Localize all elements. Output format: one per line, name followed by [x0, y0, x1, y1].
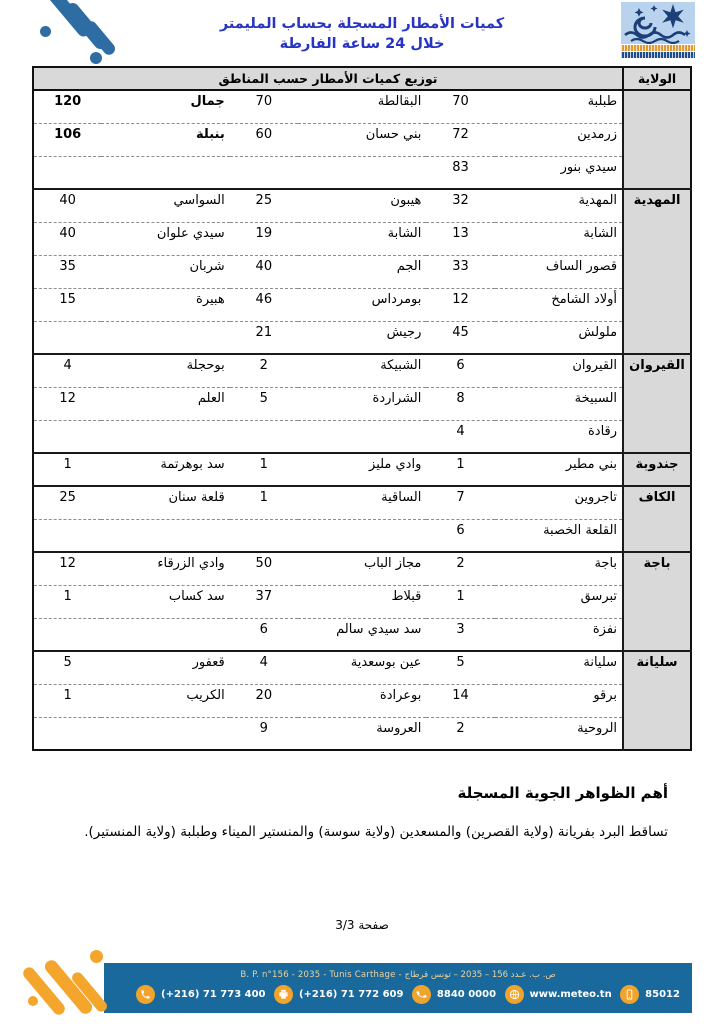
rainfall-value-cell: 12	[33, 552, 101, 585]
phenomena-text: تساقط البرد بفريانة (ولاية القصرين) والم…	[56, 822, 668, 843]
table-row: زرمدين72بني حسان60بنبلة106	[33, 123, 691, 156]
rainfall-value-cell: 21	[230, 321, 298, 354]
station-name-cell: زرمدين	[495, 123, 623, 156]
table-row: الروحية2العروسة9	[33, 717, 691, 750]
rainfall-value-cell: 70	[426, 90, 494, 123]
station-name-cell: رقادة	[495, 420, 623, 453]
station-name-cell: الكريب	[101, 684, 229, 717]
station-name-cell: قبلاط	[298, 585, 426, 618]
globe-icon	[505, 985, 524, 1004]
station-name-cell: وادي مليز	[298, 453, 426, 486]
title-line-2: خلال 24 ساعة الفارطة	[150, 34, 574, 54]
footer-address-arabic: ص. ب. عـدد 156 – 2035 – تونس قرطاج	[405, 970, 556, 980]
national-meteorology-institute-emblem	[621, 2, 695, 60]
station-name-cell	[101, 420, 229, 453]
station-name-cell: باجة	[495, 552, 623, 585]
rainfall-value-cell: 2	[426, 717, 494, 750]
station-name-cell	[101, 156, 229, 189]
station-name-cell: سيدي علوان	[101, 222, 229, 255]
station-name-cell: طبلبة	[495, 90, 623, 123]
station-name-cell: شربان	[101, 255, 229, 288]
rainfall-value-cell: 8	[426, 387, 494, 420]
contact-item: 85012	[620, 985, 680, 1004]
footer-address: B. P. n°156 - 2035 - Tunis Carthage - ص.…	[104, 963, 692, 980]
footer-bar: B. P. n°156 - 2035 - Tunis Carthage - ص.…	[104, 963, 692, 1013]
rainfall-value-cell: 72	[426, 123, 494, 156]
station-name-cell: السواسي	[101, 189, 229, 222]
governorate-column-header: الولاية	[623, 67, 691, 90]
rainfall-value-cell	[33, 321, 101, 354]
table-row: نفزة3سد سيدي سالم6	[33, 618, 691, 651]
table-row: القيروانالقيروان6الشبيكة2بوحجلة4	[33, 354, 691, 387]
station-name-cell: سد بوهرتمة	[101, 453, 229, 486]
rainfall-value-cell: 6	[426, 354, 494, 387]
rainfall-value-cell: 4	[230, 651, 298, 684]
rainfall-value-cell: 106	[33, 123, 101, 156]
contact-label: (+216) 71 772 609	[299, 989, 404, 1000]
table-row: أولاد الشامخ12بومرداس46هبيرة15	[33, 288, 691, 321]
station-name-cell	[101, 618, 229, 651]
rainfall-value-cell: 45	[426, 321, 494, 354]
rainfall-value-cell: 4	[33, 354, 101, 387]
rainfall-value-cell: 1	[230, 453, 298, 486]
table-header-row: الولاية توزيع كميات الأمطار حسب المناطق	[33, 67, 691, 90]
station-name-cell: بنبلة	[101, 123, 229, 156]
governorate-cell: الكاف	[623, 486, 691, 552]
rainfall-value-cell: 20	[230, 684, 298, 717]
rainfall-value-cell: 33	[426, 255, 494, 288]
rain-table-body: طبلبة70البقالطة70جمال120زرمدين72بني حسان…	[33, 90, 691, 750]
footer-contacts: (+216) 71 773 400(+216) 71 772 6098840 0…	[104, 980, 692, 1004]
station-name-cell: بوحجلة	[101, 354, 229, 387]
table-row: تبرسق1قبلاط37سد كساب1	[33, 585, 691, 618]
contact-label: 8840 0000	[437, 989, 496, 1000]
rainfall-value-cell: 60	[230, 123, 298, 156]
station-name-cell: مجاز الباب	[298, 552, 426, 585]
rainfall-value-cell: 5	[230, 387, 298, 420]
station-name-cell: الشابة	[298, 222, 426, 255]
table-row: السبيخة8الشراردة5العلم12	[33, 387, 691, 420]
rainfall-value-cell	[33, 156, 101, 189]
station-name-cell: بني مطير	[495, 453, 623, 486]
rainfall-value-cell: 40	[230, 255, 298, 288]
table-row: طبلبة70البقالطة70جمال120	[33, 90, 691, 123]
governorate-cell	[623, 90, 691, 189]
distribution-column-header: توزيع كميات الأمطار حسب المناطق	[33, 67, 623, 90]
station-name-cell: البقالطة	[298, 90, 426, 123]
rainfall-value-cell: 7	[426, 486, 494, 519]
rainfall-value-cell: 35	[33, 255, 101, 288]
table-row: ملولش45رجيش21	[33, 321, 691, 354]
rainfall-value-cell: 6	[230, 618, 298, 651]
rainfall-value-cell	[33, 618, 101, 651]
station-name-cell: الشراردة	[298, 387, 426, 420]
rainfall-value-cell: 1	[33, 585, 101, 618]
rainfall-value-cell: 37	[230, 585, 298, 618]
rainfall-value-cell: 83	[426, 156, 494, 189]
rainfall-value-cell: 4	[426, 420, 494, 453]
station-name-cell: العلم	[101, 387, 229, 420]
rainfall-value-cell: 9	[230, 717, 298, 750]
station-name-cell: هبيرة	[101, 288, 229, 321]
station-name-cell: جمال	[101, 90, 229, 123]
station-name-cell: قلعة سنان	[101, 486, 229, 519]
station-name-cell: هيبون	[298, 189, 426, 222]
station-name-cell: الروحية	[495, 717, 623, 750]
rainfall-value-cell: 1	[426, 453, 494, 486]
diagonal-stripes-logo	[28, 0, 128, 64]
station-name-cell: السبيخة	[495, 387, 623, 420]
rainfall-value-cell: 12	[426, 288, 494, 321]
station-name-cell: قعفور	[101, 651, 229, 684]
rainfall-table: الولاية توزيع كميات الأمطار حسب المناطق …	[32, 66, 692, 751]
governorate-cell: جندوبة	[623, 453, 691, 486]
governorate-cell: باجة	[623, 552, 691, 651]
governorate-cell: القيروان	[623, 354, 691, 453]
station-name-cell: قصور الساف	[495, 255, 623, 288]
station-name-cell: عين بوسعدية	[298, 651, 426, 684]
rainfall-value-cell: 25	[33, 486, 101, 519]
contact-label: (+216) 71 773 400	[161, 989, 266, 1000]
station-name-cell	[298, 519, 426, 552]
station-name-cell: نفزة	[495, 618, 623, 651]
emblem-graphic	[621, 2, 695, 44]
station-name-cell: الساقية	[298, 486, 426, 519]
station-name-cell: أولاد الشامخ	[495, 288, 623, 321]
station-name-cell	[101, 717, 229, 750]
station-name-cell: الشبيكة	[298, 354, 426, 387]
station-name-cell: سيدي بنور	[495, 156, 623, 189]
rainfall-value-cell: 5	[33, 651, 101, 684]
rainfall-value-cell: 1	[33, 453, 101, 486]
rainfall-value-cell: 70	[230, 90, 298, 123]
rainfall-value-cell: 25	[230, 189, 298, 222]
emblem-blue-strip	[621, 52, 695, 58]
rainfall-value-cell: 2	[230, 354, 298, 387]
station-name-cell	[101, 321, 229, 354]
contact-label: www.meteo.tn	[530, 989, 612, 1000]
rainfall-value-cell	[230, 519, 298, 552]
station-name-cell: رجيش	[298, 321, 426, 354]
table-row: سيدي بنور83	[33, 156, 691, 189]
footer-address-latin: B. P. n°156 - 2035 - Tunis Carthage -	[240, 970, 404, 980]
rainfall-value-cell: 5	[426, 651, 494, 684]
rainfall-value-cell: 1	[426, 585, 494, 618]
rainfall-value-cell: 1	[230, 486, 298, 519]
table-row: سليانةسليانة5عين بوسعدية4قعفور5	[33, 651, 691, 684]
rainfall-value-cell: 50	[230, 552, 298, 585]
rainfall-value-cell	[230, 420, 298, 453]
table-row: الشابة13الشابة19سيدي علوان40	[33, 222, 691, 255]
table-row: قصور الساف33الجم40شربان35	[33, 255, 691, 288]
rainfall-value-cell: 19	[230, 222, 298, 255]
station-name-cell: الشابة	[495, 222, 623, 255]
table-row: برقو14بوعرادة20الكريب1	[33, 684, 691, 717]
rainfall-value-cell	[33, 717, 101, 750]
station-name-cell: العروسة	[298, 717, 426, 750]
rainfall-value-cell: 3	[426, 618, 494, 651]
table-row: الكافتاجروين7الساقية1قلعة سنان25	[33, 486, 691, 519]
fax-icon	[274, 985, 293, 1004]
title-line-1: كميات الأمطار المسجلة بحساب المليمتر	[150, 14, 574, 34]
table-row: باجةباجة2مجاز الباب50وادي الزرقاء12	[33, 552, 691, 585]
station-name-cell: تبرسق	[495, 585, 623, 618]
station-name-cell: برقو	[495, 684, 623, 717]
station-name-cell: سد سيدي سالم	[298, 618, 426, 651]
station-name-cell: القلعة الخصبة	[495, 519, 623, 552]
station-name-cell: بني حسان	[298, 123, 426, 156]
rainfall-value-cell: 40	[33, 222, 101, 255]
contact-item: www.meteo.tn	[505, 985, 612, 1004]
table-row: جندوبةبني مطير1وادي مليز1سد بوهرتمة1	[33, 453, 691, 486]
contact-item: (+216) 71 772 609	[274, 985, 404, 1004]
rainfall-value-cell: 40	[33, 189, 101, 222]
station-name-cell: الجم	[298, 255, 426, 288]
rainfall-value-cell: 14	[426, 684, 494, 717]
contact-label: 85012	[645, 989, 680, 1000]
rainfall-value-cell: 46	[230, 288, 298, 321]
page-title: كميات الأمطار المسجلة بحساب المليمتر خلا…	[150, 14, 574, 54]
table-row: القلعة الخصبة6	[33, 519, 691, 552]
rainfall-value-cell: 2	[426, 552, 494, 585]
rainfall-value-cell: 6	[426, 519, 494, 552]
station-name-cell: ملولش	[495, 321, 623, 354]
station-name-cell: سليانة	[495, 651, 623, 684]
contact-item: 8840 0000	[412, 985, 496, 1004]
station-name-cell	[298, 156, 426, 189]
rainfall-value-cell: 13	[426, 222, 494, 255]
report-page: كميات الأمطار المسجلة بحساب المليمتر خلا…	[0, 0, 724, 1024]
station-name-cell: تاجروين	[495, 486, 623, 519]
rainfall-value-cell: 1	[33, 684, 101, 717]
station-name-cell: وادي الزرقاء	[101, 552, 229, 585]
rainfall-value-cell	[230, 156, 298, 189]
table-row: المهديةالمهدية32هيبون25السواسي40	[33, 189, 691, 222]
station-name-cell	[101, 519, 229, 552]
rainfall-value-cell	[33, 420, 101, 453]
rainfall-value-cell: 120	[33, 90, 101, 123]
station-name-cell: بوعرادة	[298, 684, 426, 717]
governorate-cell: سليانة	[623, 651, 691, 750]
station-name-cell	[298, 420, 426, 453]
phenomena-heading: أهم الظواهر الجوية المسجلة	[56, 784, 668, 802]
station-name-cell: سد كساب	[101, 585, 229, 618]
phenomena-section: أهم الظواهر الجوية المسجلة تساقط البرد ب…	[56, 784, 668, 843]
table-row: رقادة4	[33, 420, 691, 453]
governorate-cell: المهدية	[623, 189, 691, 354]
rainfall-value-cell: 12	[33, 387, 101, 420]
footer-orange-stripes-logo	[26, 950, 166, 1022]
station-name-cell: المهدية	[495, 189, 623, 222]
rainfall-value-cell: 32	[426, 189, 494, 222]
rainfall-value-cell: 15	[33, 288, 101, 321]
rainfall-value-cell	[33, 519, 101, 552]
page-number: صفحة 3/3	[0, 918, 724, 932]
emblem-orange-strip	[621, 45, 695, 51]
station-name-cell: القيروان	[495, 354, 623, 387]
sms-icon	[620, 985, 639, 1004]
station-name-cell: بومرداس	[298, 288, 426, 321]
mobile-icon	[412, 985, 431, 1004]
